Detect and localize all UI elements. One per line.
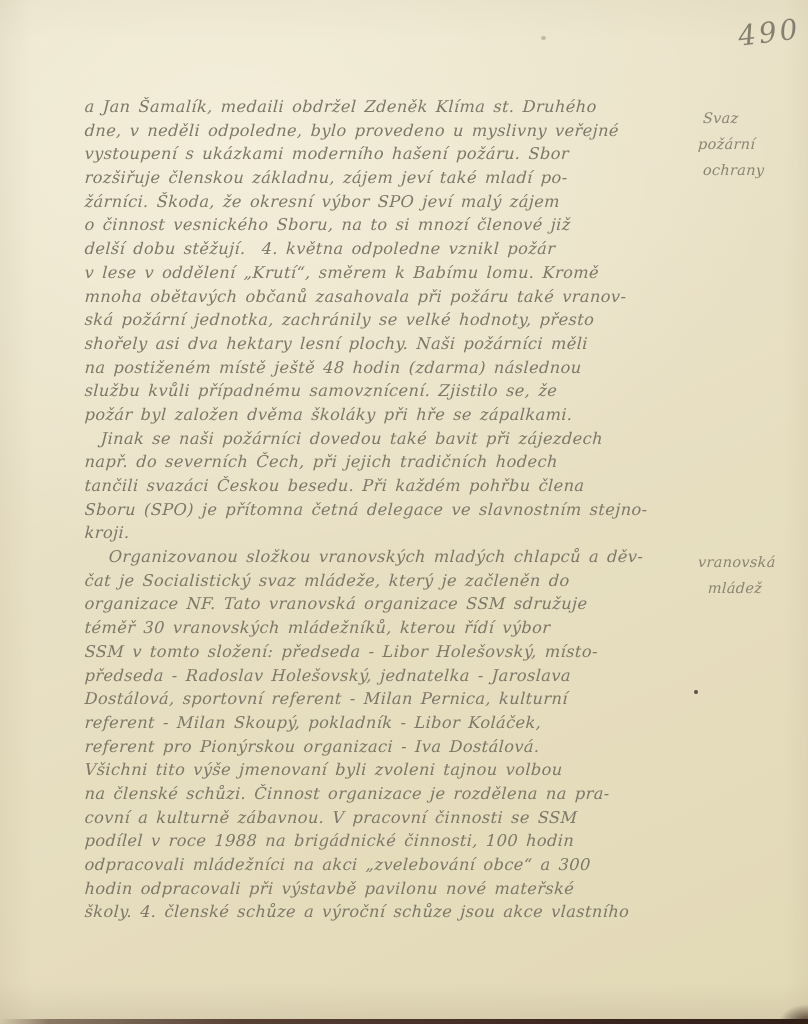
text-line: dne, v neděli odpoledne, bylo provedeno … <box>84 119 715 143</box>
text-line: na postiženém místě ještě 48 hodin (zdar… <box>84 356 715 380</box>
margin-note-line: Svaz <box>697 106 802 132</box>
text-line: vystoupení s ukázkami moderního hašení p… <box>84 142 715 166</box>
scanned-chronicle-page: 490 a Jan Šamalík, medaili obdržel Zdeně… <box>0 0 808 1024</box>
text-line: požár byl založen dvěma školáky při hře … <box>84 403 715 427</box>
text-line: delší dobu stěžují. 4. května odpoledne … <box>84 237 715 261</box>
text-line: referent pro Pionýrskou organizaci - Iva… <box>84 735 715 759</box>
text-line: odpracovali mládežníci na akci „zvelebov… <box>84 853 715 877</box>
margin-note-line: vranovská <box>697 550 802 576</box>
text-line: Dostálová, sportovní referent - Milan Pe… <box>84 687 715 711</box>
text-line: žárníci. Škoda, že okresní výbor SPO jev… <box>84 190 715 214</box>
text-line: téměř 30 vranovských mládežníků, kterou … <box>84 616 715 640</box>
text-line: tančili svazáci Českou besedu. Při každé… <box>84 474 715 498</box>
text-line: ská požární jednotka, zachránily se velk… <box>84 308 715 332</box>
text-line: Všichni tito výše jmenovaní byli zvoleni… <box>84 758 715 782</box>
text-line: na členské schůzi. Činnost organizace je… <box>84 782 715 806</box>
text-line: a Jan Šamalík, medaili obdržel Zdeněk Kl… <box>84 95 715 119</box>
text-line: SSM v tomto složení: předseda - Libor Ho… <box>84 640 715 664</box>
text-line: rozšiřuje členskou základnu, zájem jeví … <box>84 166 715 190</box>
text-line: podílel v roce 1988 na brigádnické činno… <box>84 829 715 853</box>
text-line: v lese v oddělení „Krutí“, směrem k Babí… <box>84 261 715 285</box>
text-line: covní a kulturně zábavnou. V pracovní či… <box>84 806 715 830</box>
scan-bottom-edge-shadow <box>0 1019 808 1024</box>
text-line: o činnost vesnického Sboru, na to si mno… <box>84 213 715 237</box>
margin-note-line: ochrany <box>697 158 802 184</box>
text-line: předseda - Radoslav Holešovský, jednatel… <box>84 664 715 688</box>
text-line: mnoha obětavých občanů zasahovala při po… <box>84 285 715 309</box>
margin-note-line: mládež <box>697 576 802 602</box>
page-number: 490 <box>736 12 802 52</box>
margin-note-fire-union: Svazpožární ochrany <box>698 106 802 184</box>
handwritten-text-block: a Jan Šamalík, medaili obdržel Zdeněk Kl… <box>84 95 714 924</box>
text-line: čat je Socialistický svaz mládeže, který… <box>84 569 715 593</box>
text-line: hodin odpracovali při výstavbě pavilonu … <box>84 877 715 901</box>
text-line: kroji. <box>84 521 715 545</box>
text-line: Organizovanou složkou vranovských mladýc… <box>84 545 715 569</box>
ink-speck <box>694 690 698 694</box>
margin-note-vranov-youth: vranovská mládež <box>698 550 802 602</box>
paper-speck <box>541 36 546 40</box>
text-line: Sboru (SPO) je přítomna četná delegace v… <box>84 498 715 522</box>
text-line: školy. 4. členské schůze a výroční schůz… <box>84 900 715 924</box>
text-line: např. do severních Čech, při jejich trad… <box>84 450 715 474</box>
text-line: Jinak se naši požárníci dovedou také bav… <box>84 427 715 451</box>
text-line: organizace NF. Tato vranovská organizace… <box>84 592 715 616</box>
scan-corner-shadow <box>778 1004 808 1024</box>
text-line: referent - Milan Skoupý, pokladník - Lib… <box>84 711 715 735</box>
text-line: shořely asi dva hektary lesní plochy. Na… <box>84 332 715 356</box>
text-line: službu kvůli případnému samovznícení. Zj… <box>84 379 715 403</box>
margin-note-line: požární <box>697 132 802 158</box>
